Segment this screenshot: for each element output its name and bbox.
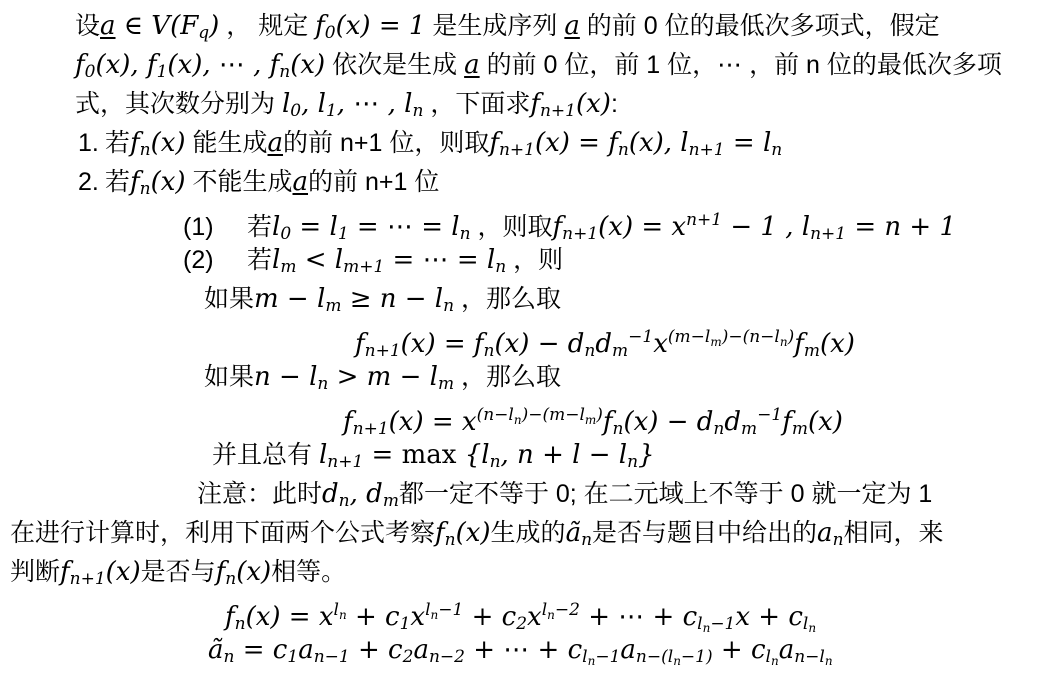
text-segment: 的前 n+1 位，则取	[283, 129, 489, 157]
text-segment: }	[638, 440, 655, 470]
text-segment: 1	[287, 647, 298, 667]
condition-m-ge-n: 如果m − lm ≥ n − ln ，那么取	[0, 279, 1055, 318]
text-segment: n	[581, 530, 592, 550]
text-segment: f	[435, 518, 445, 548]
text-segment: x	[410, 602, 425, 632]
text-segment: a	[268, 128, 284, 158]
text-segment: (x)	[106, 557, 141, 587]
text-segment: (x)	[236, 557, 271, 587]
text-segment: 1.	[78, 124, 105, 163]
text-segment: n−l	[794, 647, 825, 667]
text-segment: m	[383, 491, 399, 511]
text-segment: m	[612, 341, 628, 361]
text-segment: m	[325, 296, 341, 316]
text-segment: (x)	[151, 167, 186, 197]
text-segment: n	[225, 569, 236, 589]
text-segment: ，下面求	[423, 90, 530, 118]
text-segment: x + c	[735, 602, 803, 632]
text-segment: = l	[291, 212, 338, 242]
text-segment: m	[804, 341, 820, 361]
check-para-2: 判断fn+1(x)是否与fn(x)相等。	[0, 552, 1055, 591]
text-segment: −2	[555, 600, 580, 620]
text-segment: 注意：此时	[197, 480, 322, 508]
text-segment: 若	[247, 213, 272, 241]
text-segment: 式，其次数分别为	[75, 90, 282, 118]
text-segment: f	[60, 557, 70, 587]
text-segment: m	[741, 419, 757, 439]
text-segment: 若	[105, 129, 130, 157]
text-segment: n	[339, 608, 347, 622]
text-segment: + c	[463, 602, 516, 632]
text-segment: a	[293, 167, 309, 197]
text-segment: f	[130, 128, 140, 158]
text-segment: (x), l	[629, 128, 689, 158]
text-segment: + c	[350, 635, 403, 665]
text-segment: f	[315, 11, 325, 41]
text-segment: ，那么取	[454, 285, 561, 313]
text-segment: 是否与题目中给出的	[592, 519, 817, 547]
text-segment: (x) = f	[401, 329, 484, 359]
text-segment: f	[130, 167, 140, 197]
text-segment: (x) = x	[246, 602, 334, 632]
text-segment: f	[794, 329, 804, 359]
text-segment: f	[782, 407, 792, 437]
text-segment: n	[780, 335, 788, 349]
text-segment: n	[279, 62, 290, 82]
text-segment: −1)	[681, 647, 713, 667]
document-body: 设a ∈ V(Fq) ， 规定 f0(x) = 1 是生成序列 a 的前 0 位…	[0, 6, 1055, 669]
text-segment: (m−l	[668, 327, 710, 347]
text-segment: > m − l	[328, 362, 438, 392]
text-segment: n	[495, 257, 506, 277]
text-segment: n	[771, 654, 779, 668]
text-segment: (2)	[183, 241, 247, 280]
intro-line-2: f0(x), f1(x), ⋯ , fn(x) 依次是生成 a 的前 0 位，前…	[0, 45, 1055, 84]
text-segment: f	[489, 128, 499, 158]
length-update: 并且总有 ln+1 = max {ln, n + l − ln}	[0, 435, 1055, 474]
text-segment: (x)	[151, 128, 186, 158]
text-segment: = c	[234, 635, 287, 665]
text-segment: max	[402, 440, 457, 470]
text-segment: 2	[403, 647, 414, 667]
text-segment: −1	[595, 647, 620, 667]
formula-fn1-case-a: fn+1(x) = fn(x) − dndm−1x(m−lm)−(n−ln)fm…	[0, 318, 1055, 357]
case-2-sub-2: (2)若lm < lm+1 = ⋯ = ln ，则	[0, 240, 1055, 279]
text-segment: (x)	[456, 518, 491, 548]
text-segment: + ⋯ + c	[580, 602, 697, 632]
text-segment: n	[140, 140, 151, 160]
text-segment: n	[514, 413, 522, 427]
text-segment: n	[490, 452, 501, 472]
text-segment: n	[771, 140, 782, 160]
text-segment: 1	[326, 101, 337, 121]
text-segment: n	[412, 101, 423, 121]
text-segment: m − l	[254, 284, 325, 314]
text-segment: ，则取	[471, 213, 553, 241]
text-segment: + c	[713, 635, 766, 665]
text-segment: x	[653, 329, 668, 359]
text-segment: )−(n−l	[722, 327, 780, 347]
text-segment: (x), ⋯ , f	[167, 50, 279, 80]
text-segment: n−(l	[636, 647, 673, 667]
text-segment: 若	[247, 246, 272, 274]
text-segment: n	[140, 179, 151, 199]
text-segment: (x)	[576, 89, 611, 119]
text-segment: = ⋯ = l	[384, 245, 495, 275]
text-segment: (n−l	[477, 405, 514, 425]
text-segment: 0	[85, 62, 96, 82]
text-segment: n	[224, 647, 235, 667]
text-segment: a	[298, 635, 314, 665]
text-segment: n	[339, 491, 350, 511]
text-segment: 是生成序列	[425, 12, 564, 40]
text-segment: 如果	[204, 285, 254, 313]
intro-line-3: 式，其次数分别为 l0, l1, ⋯ , ln ，下面求fn+1(x):	[0, 84, 1055, 123]
text-segment: (x) = 1	[336, 11, 426, 41]
text-segment: 并且总有	[212, 441, 319, 469]
text-segment: n+1	[810, 224, 846, 244]
text-segment: = l	[725, 128, 772, 158]
text-segment: < l	[296, 245, 343, 275]
text-segment: 能生成	[186, 129, 268, 157]
text-segment: {l	[456, 440, 489, 470]
text-segment: ≥ n − l	[341, 284, 443, 314]
condition-n-gt-m: 如果n − ln > m − lm ，那么取	[0, 357, 1055, 396]
text-segment: q	[198, 23, 209, 43]
text-segment: f	[75, 50, 85, 80]
formula-fn-expansion: fn(x) = xln + c1xln−1 + c2xln−2 + ⋯ + cl…	[0, 591, 1055, 630]
text-segment: 2.	[78, 163, 105, 202]
text-segment: m	[792, 419, 808, 439]
text-segment: a	[413, 635, 429, 665]
text-segment: n	[825, 654, 833, 668]
formula-fn1-case-b: fn+1(x) = x(n−ln)−(m−lm)fn(x) − dndm−1fm…	[0, 396, 1055, 435]
text-segment: ， 规定	[219, 12, 315, 40]
text-segment: ã	[208, 635, 224, 665]
text-segment: m	[585, 413, 596, 427]
text-segment: m+1	[343, 257, 384, 277]
text-segment: (x) = x	[598, 212, 686, 242]
text-segment: 判断	[10, 558, 60, 586]
text-segment: 若	[105, 168, 130, 196]
text-segment: n	[547, 608, 555, 622]
text-segment: f	[216, 557, 226, 587]
text-segment: )	[596, 405, 603, 425]
text-segment: , n + l − l	[501, 440, 628, 470]
text-segment: n	[833, 530, 844, 550]
text-segment: −1	[757, 405, 782, 425]
text-segment: f	[530, 89, 540, 119]
text-segment: −1	[628, 327, 653, 347]
text-segment: = n + 1	[846, 212, 956, 242]
text-segment: 的前 0 位的最低次多项式，假定	[580, 12, 940, 40]
text-segment: f	[355, 329, 365, 359]
text-segment: (x)	[808, 407, 843, 437]
text-segment: 都一定不等于 0; 在二元域上不等于 0 就一定为 1	[399, 480, 932, 508]
text-segment: , d	[350, 479, 383, 509]
text-segment: n	[445, 530, 456, 550]
text-segment: n	[584, 341, 595, 361]
case-2-sub-1: (1)若l0 = l1 = ⋯ = ln ，则取fn+1(x) = xn+1 −…	[0, 201, 1055, 240]
text-segment: n+1	[562, 224, 598, 244]
text-segment: ã	[566, 518, 582, 548]
text-segment: n − l	[254, 362, 317, 392]
text-segment: n+1	[686, 210, 722, 230]
text-segment: a	[100, 11, 116, 41]
text-segment: , l	[301, 89, 326, 119]
text-segment: + c	[347, 602, 400, 632]
text-segment: = ⋯ = l	[349, 212, 460, 242]
text-segment: (x)	[820, 329, 855, 359]
text-segment: (x)	[290, 50, 325, 80]
case-1: 1.若fn(x) 能生成a的前 n+1 位，则取fn+1(x) = fn(x),…	[0, 123, 1055, 162]
text-segment: −1	[438, 600, 463, 620]
text-segment: a	[779, 635, 795, 665]
text-segment: m	[438, 374, 454, 394]
text-segment: 设	[75, 12, 100, 40]
text-segment: n	[713, 419, 724, 439]
text-segment: m	[710, 335, 721, 349]
text-segment: n+1	[540, 101, 576, 121]
text-segment: :	[611, 90, 618, 118]
text-segment: + ⋯ + c	[465, 635, 582, 665]
text-segment: (x) − d	[624, 407, 714, 437]
text-segment: a	[564, 11, 580, 41]
text-segment: d	[595, 329, 612, 359]
text-segment: (x) = f	[535, 128, 618, 158]
text-segment: n−2	[429, 647, 465, 667]
text-segment: 的前 n+1 位	[308, 168, 439, 196]
text-segment: 相等。	[271, 558, 346, 586]
text-segment: 是否与	[141, 558, 216, 586]
text-segment: x	[527, 602, 542, 632]
note-line: 注意：此时dn, dm都一定不等于 0; 在二元域上不等于 0 就一定为 1	[0, 474, 1055, 513]
text-segment: n−1	[314, 647, 350, 667]
text-segment: 0	[325, 23, 336, 43]
text-segment: 在进行计算时，利用下面两个公式考察	[10, 519, 435, 547]
text-segment: m	[280, 257, 296, 277]
text-segment: (x) = x	[389, 407, 477, 437]
text-segment: ∈ V(F	[116, 11, 199, 41]
text-segment: 的前 0 位，前 1 位，⋯ ，前 n 位的最低次多项	[480, 51, 1002, 79]
text-segment: a	[464, 50, 480, 80]
text-segment: n	[673, 654, 681, 668]
text-segment: , ⋯ , l	[337, 89, 413, 119]
text-segment: d	[322, 479, 339, 509]
text-segment: =	[363, 440, 401, 470]
text-segment: n	[443, 296, 454, 316]
text-segment: a	[817, 518, 833, 548]
formula-an-expansion: ãn = c1an−1 + c2an−2 + ⋯ + cln−1an−(ln−1…	[0, 630, 1055, 669]
text-segment: 生成的	[491, 519, 566, 547]
intro-line-1: 设a ∈ V(Fq) ， 规定 f0(x) = 1 是生成序列 a 的前 0 位…	[0, 6, 1055, 45]
text-segment: 依次是生成	[325, 51, 464, 79]
text-segment: (x), f	[95, 50, 156, 80]
text-segment: n	[627, 452, 638, 472]
text-segment: 不能生成	[186, 168, 293, 196]
text-segment: a	[620, 635, 636, 665]
text-segment: (x) − d	[494, 329, 584, 359]
text-segment: f	[225, 602, 235, 632]
text-segment: − 1 , l	[722, 212, 810, 242]
document-page: 设a ∈ V(Fq) ， 规定 f0(x) = 1 是生成序列 a 的前 0 位…	[0, 0, 1055, 687]
text-segment: f	[553, 212, 563, 242]
text-segment: 1	[157, 62, 168, 82]
text-segment: )	[209, 11, 219, 41]
text-segment: n+1	[499, 140, 535, 160]
check-para-1: 在进行计算时，利用下面两个公式考察fn(x)生成的ãn是否与题目中给出的an相同…	[0, 513, 1055, 552]
text-segment: n	[317, 374, 328, 394]
text-segment: f	[343, 407, 353, 437]
text-segment: d	[724, 407, 741, 437]
text-segment: 相同，来	[844, 519, 944, 547]
text-segment: n+1	[327, 452, 363, 472]
text-segment: ，则	[506, 246, 563, 274]
text-segment: )−(m−l	[522, 405, 585, 425]
text-segment: 0	[290, 101, 301, 121]
case-2: 2.若fn(x) 不能生成a的前 n+1 位	[0, 162, 1055, 201]
text-segment: f	[603, 407, 613, 437]
text-segment: ，那么取	[454, 363, 561, 391]
text-segment: n+1	[689, 140, 725, 160]
text-segment: 如果	[204, 363, 254, 391]
text-segment: n	[618, 140, 629, 160]
text-segment: n+1	[70, 569, 106, 589]
